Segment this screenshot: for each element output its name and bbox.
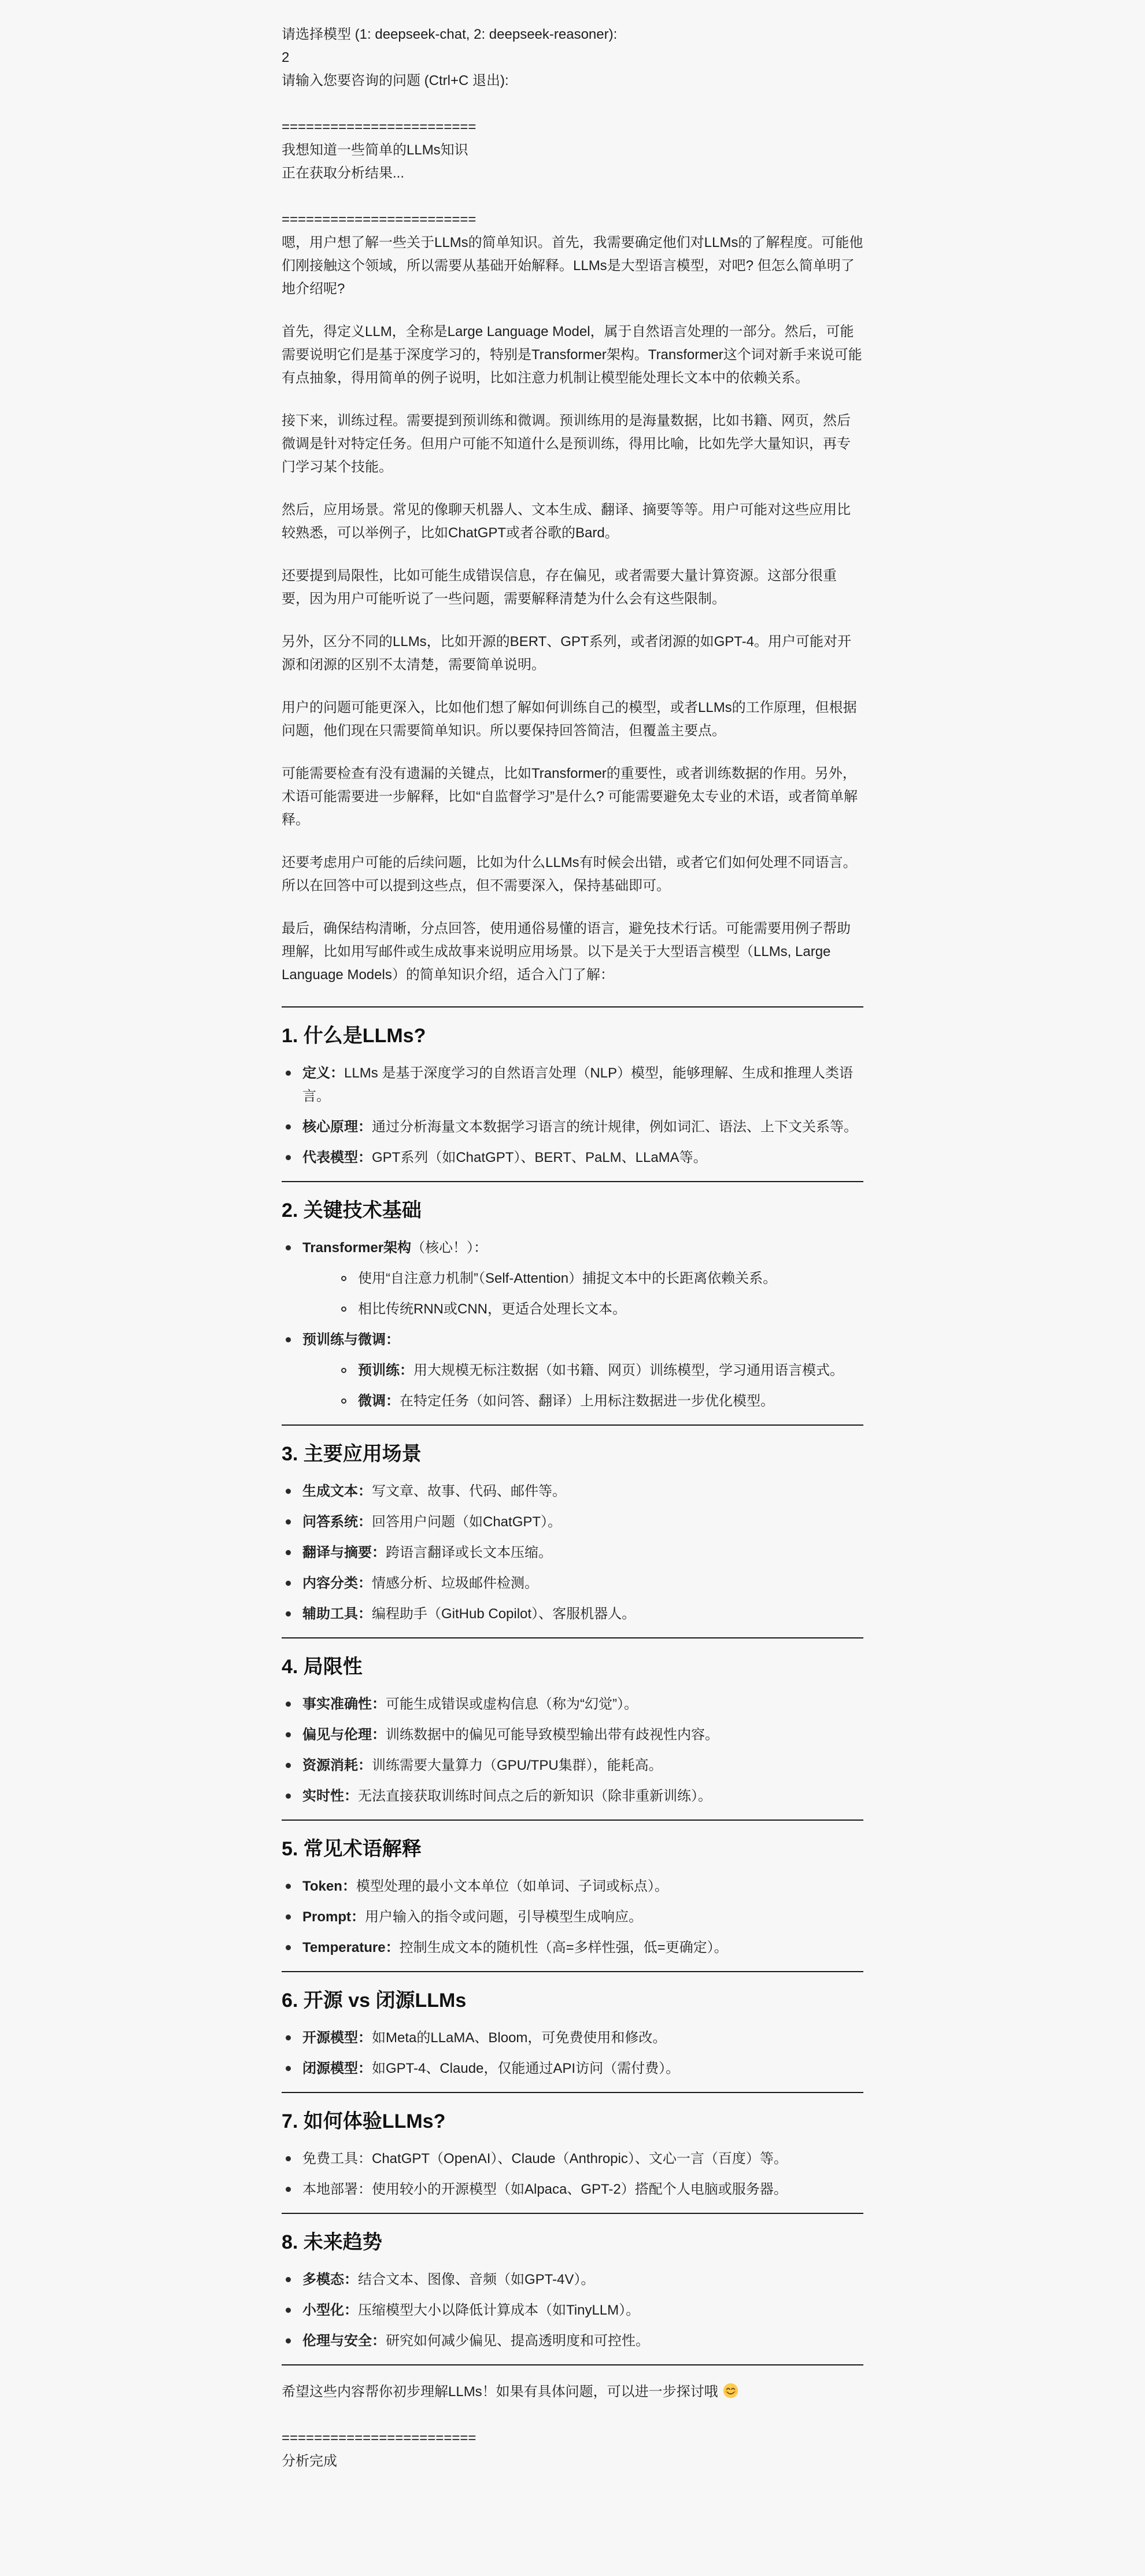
item-text: 情感分析、垃圾邮件检测。 [372, 1575, 538, 1591]
list-item: 实时性：无法直接获取训练时间点之后的新知识（除非重新训练）。 [282, 1785, 863, 1808]
console-line: 请选择模型 (1: deepseek-chat, 2: deepseek-rea… [282, 23, 863, 46]
section-divider [282, 1820, 863, 1821]
list-item: 多模态：结合文本、图像、音频（如GPT-4V）。 [282, 2268, 863, 2291]
console-intro: 请选择模型 (1: deepseek-chat, 2: deepseek-rea… [282, 23, 863, 231]
sub-item: 相比传统RNN或CNN，更适合处理长文本。 [337, 1298, 863, 1321]
item-text: 跨语言翻译或长文本压缩。 [386, 1545, 552, 1560]
console-footer: ========================分析完成 [282, 2404, 863, 2473]
item-text: 训练数据中的偏见可能导致模型输出带有歧视性内容。 [386, 1727, 719, 1743]
list-item: Prompt：用户输入的指令或问题，引导模型生成响应。 [282, 1906, 863, 1929]
list-item: 伦理与安全：研究如何减少偏见、提高透明度和可控性。 [282, 2330, 863, 2353]
list-item: 资源消耗：训练需要大量算力（GPU/TPU集群），能耗高。 [282, 1754, 863, 1777]
section-heading: 7. 如何体验LLMs? [282, 2108, 863, 2135]
list-item: 本地部署：使用较小的开源模型（如Alpaca、GPT-2）搭配个人电脑或服务器。 [282, 2178, 863, 2201]
bullet-list: Transformer架构（核心！）：使用“自注意力机制”（Self-Atten… [282, 1237, 863, 1413]
smiling-face-emoji [723, 2383, 738, 2398]
bullet-list: 开源模型：如Meta的LLaMA、Bloom，可免费使用和修改。闭源模型：如GP… [282, 2027, 863, 2080]
item-label: 伦理与安全： [302, 2333, 386, 2349]
list-item: Token：模型处理的最小文本单位（如单词、子词或标点）。 [282, 1875, 863, 1898]
bullet-list: 事实准确性：可能生成错误或虚构信息（称为“幻觉”）。偏见与伦理：训练数据中的偏见… [282, 1693, 863, 1808]
list-item: 定义：LLMs 是基于深度学习的自然语言处理（NLP）模型，能够理解、生成和推理… [282, 1062, 863, 1108]
item-text: 相比传统RNN或CNN，更适合处理长文本。 [358, 1301, 626, 1317]
list-item: Transformer架构（核心！）：使用“自注意力机制”（Self-Atten… [282, 1237, 863, 1321]
item-text: 如GPT-4、Claude，仅能通过API访问（需付费）。 [372, 2061, 679, 2076]
reasoning-paragraph: 然后，应用场景。常见的像聊天机器人、文本生成、翻译、摘要等等。用户可能对这些应用… [282, 499, 863, 545]
item-text: 用户输入的指令或问题，引导模型生成响应。 [365, 1909, 642, 1925]
item-label: 辅助工具： [302, 1606, 372, 1622]
item-text: 回答用户问题（如ChatGPT）。 [372, 1514, 562, 1530]
item-text: GPT系列（如ChatGPT）、BERT、PaLM、LLaMA等。 [372, 1150, 707, 1165]
bullet-list: 多模态：结合文本、图像、音频（如GPT-4V）。小型化：压缩模型大小以降低计算成… [282, 2268, 863, 2353]
item-label: 问答系统： [302, 1514, 372, 1530]
console-output: 请选择模型 (1: deepseek-chat, 2: deepseek-rea… [282, 0, 863, 2494]
list-item: 翻译与摘要：跨语言翻译或长文本压缩。 [282, 1541, 863, 1564]
list-item: 代表模型：GPT系列（如ChatGPT）、BERT、PaLM、LLaMA等。 [282, 1146, 863, 1169]
footer-separator: ======================== [282, 2427, 863, 2450]
item-label: 内容分类： [302, 1575, 372, 1591]
item-label: Prompt： [302, 1909, 365, 1925]
list-item: Temperature：控制生成文本的随机性（高=多样性强，低=更确定）。 [282, 1936, 863, 1959]
reasoning-paragraph: 可能需要检查有没有遗漏的关键点，比如Transformer的重要性，或者训练数据… [282, 762, 863, 832]
console-line: 请输入您要咨询的问题 (Ctrl+C 退出): [282, 69, 863, 93]
sub-item: 使用“自注意力机制”（Self-Attention）捕捉文本中的长距离依赖关系。 [337, 1267, 863, 1290]
item-label: 定义： [302, 1065, 344, 1081]
closing-note: 希望这些内容帮你初步理解LLMs！如果有具体问题，可以进一步探讨哦 [282, 2381, 863, 2404]
item-text: 编程助手（GitHub Copilot）、客服机器人。 [372, 1606, 636, 1622]
item-text: 通过分析海量文本数据学习语言的统计规律，例如词汇、语法、上下文关系等。 [372, 1119, 858, 1135]
item-label: 预训练与微调： [302, 1332, 400, 1348]
bullet-list: Token：模型处理的最小文本单位（如单词、子词或标点）。Prompt：用户输入… [282, 1875, 863, 1959]
item-label: 微调： [358, 1393, 400, 1409]
list-item: 辅助工具：编程助手（GitHub Copilot）、客服机器人。 [282, 1603, 863, 1626]
list-item: 事实准确性：可能生成错误或虚构信息（称为“幻觉”）。 [282, 1693, 863, 1716]
item-label: 生成文本： [302, 1483, 372, 1499]
list-item: 闭源模型：如GPT-4、Claude，仅能通过API访问（需付费）。 [282, 2057, 863, 2080]
item-text: 免费工具：ChatGPT（OpenAI）、Claude（Anthropic）、文… [302, 2151, 788, 2167]
list-item: 开源模型：如Meta的LLaMA、Bloom，可免费使用和修改。 [282, 2027, 863, 2050]
reasoning-paragraph: 还要提到局限性，比如可能生成错误信息，存在偏见，或者需要大量计算资源。这部分很重… [282, 564, 863, 611]
reasoning-paragraph: 另外，区分不同的LLMs，比如开源的BERT、GPT系列，或者闭源的如GPT-4… [282, 630, 863, 677]
blank-line [282, 185, 863, 208]
section-heading: 3. 主要应用场景 [282, 1441, 863, 1467]
reasoning-paragraph: 用户的问题可能更深入，比如他们想了解如何训练自己的模型，或者LLMs的工作原理，… [282, 696, 863, 743]
section-heading: 6. 开源 vs 闭源LLMs [282, 1987, 863, 2014]
section-divider [282, 2364, 863, 2365]
item-text: 训练需要大量算力（GPU/TPU集群），能耗高。 [372, 1758, 663, 1773]
list-item: 小型化：压缩模型大小以降低计算成本（如TinyLLM）。 [282, 2299, 863, 2322]
item-text: 使用“自注意力机制”（Self-Attention）捕捉文本中的长距离依赖关系。 [358, 1271, 777, 1286]
item-label: Token： [302, 1879, 356, 1894]
list-item: 偏见与伦理：训练数据中的偏见可能导致模型输出带有歧视性内容。 [282, 1724, 863, 1747]
item-text: （核心！）： [411, 1240, 487, 1256]
reasoning-paragraph: 最后，确保结构清晰，分点回答，使用通俗易懂的语言，避免技术行话。可能需要用例子帮… [282, 917, 863, 987]
list-item: 问答系统：回答用户问题（如ChatGPT）。 [282, 1511, 863, 1534]
section-heading: 8. 未来趋势 [282, 2229, 863, 2256]
item-label: 资源消耗： [302, 1758, 372, 1773]
item-label: 闭源模型： [302, 2061, 372, 2076]
item-text: 写文章、故事、代码、邮件等。 [372, 1483, 566, 1499]
sub-item: 微调：在特定任务（如问答、翻译）上用标注数据进一步优化模型。 [337, 1390, 863, 1413]
reasoning-paragraph: 还要考虑用户可能的后续问题，比如为什么LLMs有时候会出错，或者它们如何处理不同… [282, 851, 863, 898]
list-item: 免费工具：ChatGPT（OpenAI）、Claude（Anthropic）、文… [282, 2147, 863, 2171]
section-heading: 4. 局限性 [282, 1654, 863, 1680]
bullet-list: 免费工具：ChatGPT（OpenAI）、Claude（Anthropic）、文… [282, 2147, 863, 2201]
item-label: 多模态： [302, 2272, 358, 2287]
item-label: Temperature： [302, 1940, 400, 1955]
console-line: 2 [282, 46, 863, 69]
section-heading: 2. 关键技术基础 [282, 1197, 863, 1224]
item-label: 偏见与伦理： [302, 1727, 386, 1743]
item-label: 开源模型： [302, 2030, 372, 2046]
item-text: 模型处理的最小文本单位（如单词、子词或标点）。 [356, 1879, 668, 1894]
separator-line: ======================== [282, 116, 863, 139]
reasoning-paragraph: 接下来，训练过程。需要提到预训练和微调。预训练用的是海量数据，比如书籍、网页，然… [282, 409, 863, 479]
sub-list: 使用“自注意力机制”（Self-Attention）捕捉文本中的长距离依赖关系。… [337, 1267, 863, 1321]
section-divider [282, 1181, 863, 1182]
item-label: 翻译与摘要： [302, 1545, 386, 1560]
list-item: 内容分类：情感分析、垃圾邮件检测。 [282, 1572, 863, 1595]
item-text: 本地部署：使用较小的开源模型（如Alpaca、GPT-2）搭配个人电脑或服务器。 [302, 2182, 788, 2197]
section-divider [282, 1424, 863, 1426]
section-divider [282, 1006, 863, 1007]
item-text: 用大规模无标注数据（如书籍、网页）训练模型，学习通用语言模式。 [413, 1363, 844, 1378]
footer-status: 分析完成 [282, 2450, 863, 2473]
reasoning-block: 嗯，用户想了解一些关于LLMs的简单知识。首先，我需要确定他们对LLMs的了解程… [282, 231, 863, 987]
item-text: 控制生成文本的随机性（高=多样性强，低=更确定）。 [400, 1940, 728, 1955]
item-text: 研究如何减少偏见、提高透明度和可控性。 [386, 2333, 649, 2349]
section-divider [282, 1971, 863, 1972]
console-line: 正在获取分析结果... [282, 162, 863, 185]
reasoning-paragraph: 首先，得定义LLM，全称是Large Language Model，属于自然语言… [282, 320, 863, 390]
list-item: 预训练与微调：预训练：用大规模无标注数据（如书籍、网页）训练模型，学习通用语言模… [282, 1328, 863, 1413]
item-label: Transformer架构 [302, 1240, 411, 1256]
item-text: LLMs 是基于深度学习的自然语言处理（NLP）模型，能够理解、生成和推理人类语… [302, 1065, 853, 1104]
closing-text: 希望这些内容帮你初步理解LLMs！如果有具体问题，可以进一步探讨哦 [282, 2384, 718, 2400]
item-label: 核心原理： [302, 1119, 372, 1135]
bullet-list: 定义：LLMs 是基于深度学习的自然语言处理（NLP）模型，能够理解、生成和推理… [282, 1062, 863, 1169]
reasoning-paragraph: 嗯，用户想了解一些关于LLMs的简单知识。首先，我需要确定他们对LLMs的了解程… [282, 231, 863, 301]
item-label: 实时性： [302, 1788, 358, 1804]
blank-line [282, 93, 863, 116]
item-text: 在特定任务（如问答、翻译）上用标注数据进一步优化模型。 [400, 1393, 774, 1409]
section-heading: 5. 常见术语解释 [282, 1836, 863, 1862]
item-text: 压缩模型大小以降低计算成本（如TinyLLM）。 [358, 2302, 640, 2318]
blank-line [282, 2404, 863, 2427]
item-label: 小型化： [302, 2302, 358, 2318]
sub-item: 预训练：用大规模无标注数据（如书籍、网页）训练模型，学习通用语言模式。 [337, 1359, 863, 1382]
console-line: 我想知道一些简单的LLMs知识 [282, 139, 863, 162]
item-label: 代表模型： [302, 1150, 372, 1165]
section-divider [282, 2092, 863, 2093]
sub-list: 预训练：用大规模无标注数据（如书籍、网页）训练模型，学习通用语言模式。微调：在特… [337, 1359, 863, 1413]
list-item: 生成文本：写文章、故事、代码、邮件等。 [282, 1480, 863, 1503]
separator-line: ======================== [282, 208, 863, 231]
item-text: 可能生成错误或虚构信息（称为“幻觉”）。 [386, 1696, 638, 1712]
item-text: 无法直接获取训练时间点之后的新知识（除非重新训练）。 [358, 1788, 712, 1804]
item-text: 如Meta的LLaMA、Bloom，可免费使用和修改。 [372, 2030, 666, 2046]
list-item: 核心原理：通过分析海量文本数据学习语言的统计规律，例如词汇、语法、上下文关系等。 [282, 1116, 863, 1139]
item-text: 结合文本、图像、音频（如GPT-4V）。 [358, 2272, 594, 2287]
item-label: 事实准确性： [302, 1696, 386, 1712]
section-divider [282, 2213, 863, 2214]
item-label: 预训练： [358, 1363, 413, 1378]
section-heading: 1. 什么是LLMs? [282, 1023, 863, 1049]
answer-block: 1. 什么是LLMs?定义：LLMs 是基于深度学习的自然语言处理（NLP）模型… [282, 1006, 863, 2404]
bullet-list: 生成文本：写文章、故事、代码、邮件等。问答系统：回答用户问题（如ChatGPT）… [282, 1480, 863, 1626]
section-divider [282, 1637, 863, 1638]
